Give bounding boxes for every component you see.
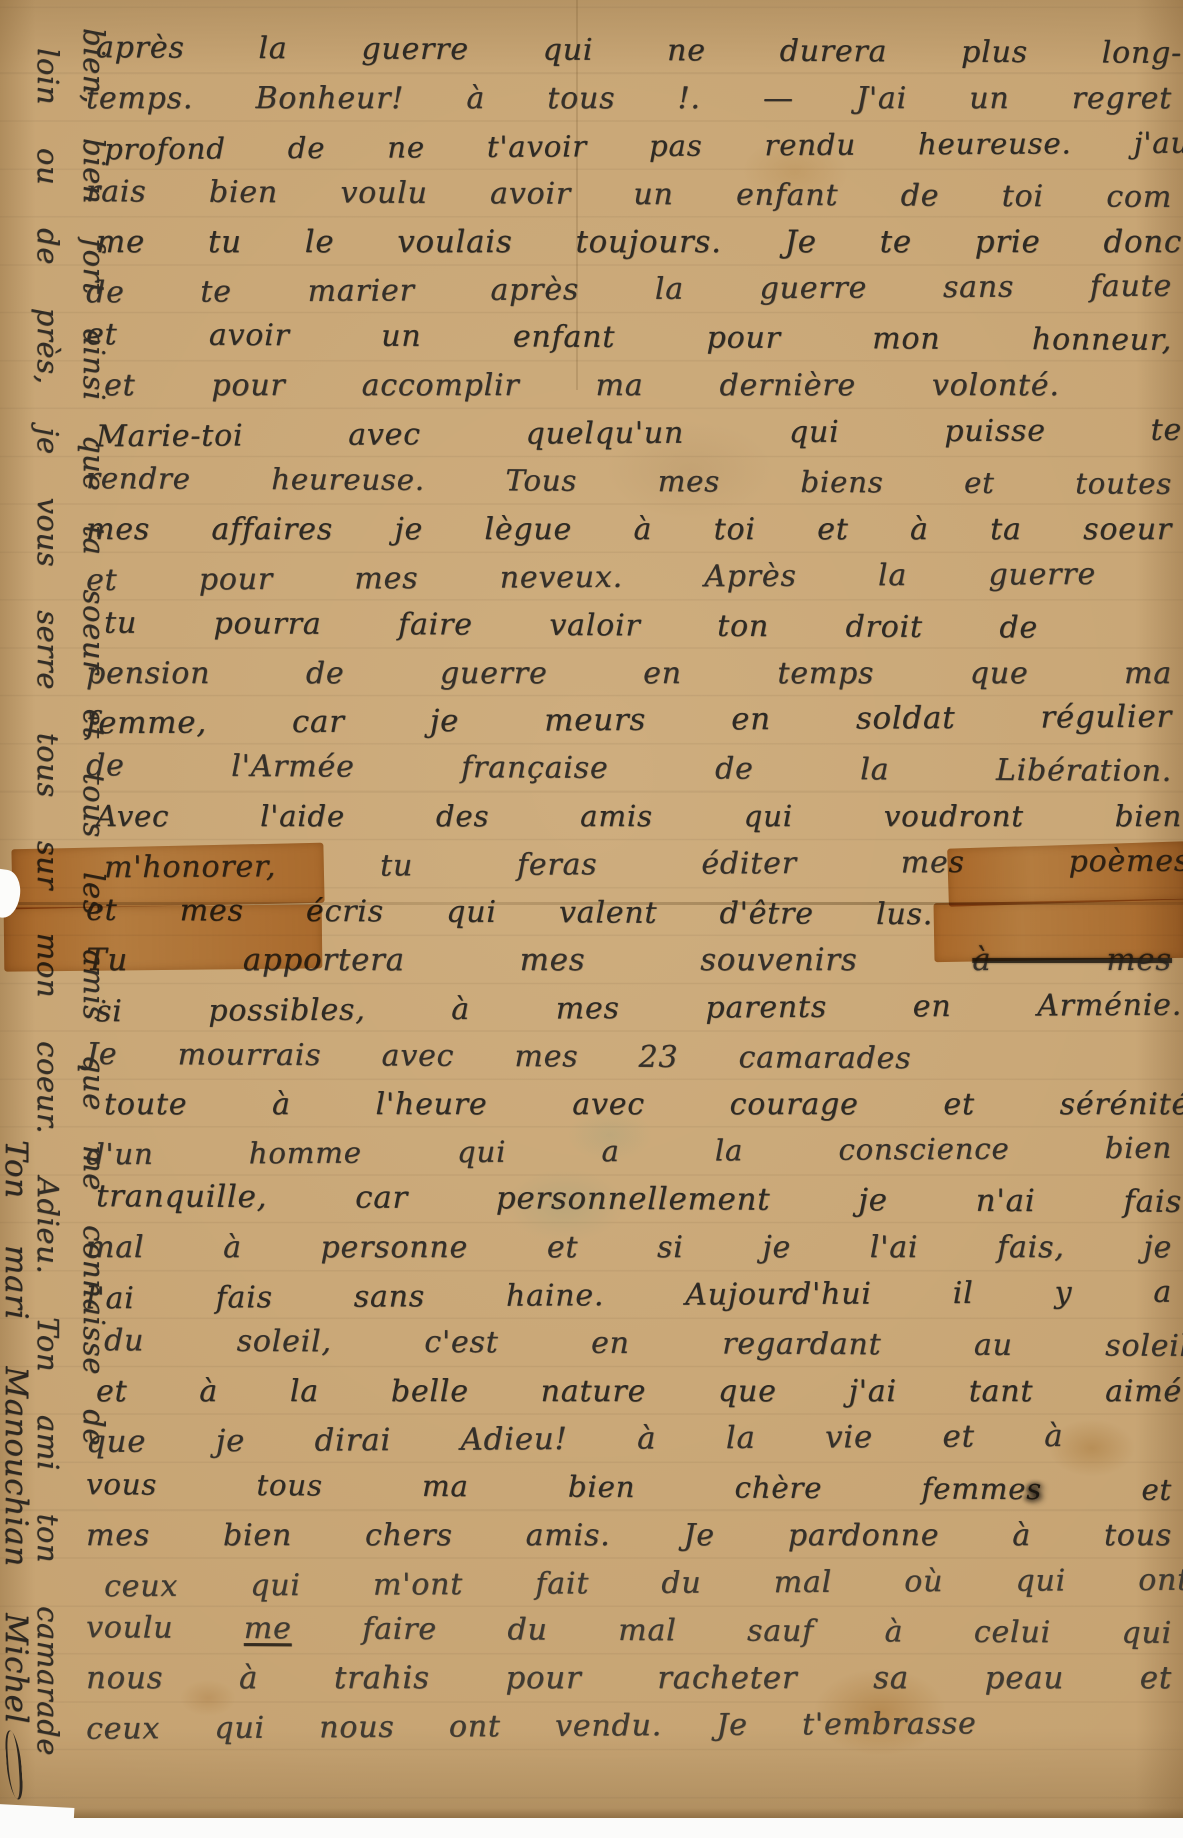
letter-line: tranquille, car personnellement je n'ai …	[86, 1174, 1182, 1228]
letter-line: femme, car je meurs en soldat régulier	[86, 694, 1172, 749]
letter-line: et pour mes neveux. Après la guerre	[86, 551, 1096, 605]
scanned-letter-page: après la guerre qui ne durera plus long-…	[0, 0, 1183, 1838]
tape-strip-right-upper	[947, 841, 1183, 906]
letter-line: que je dirai Adieu! à la vie et à	[86, 1413, 1064, 1467]
scanner-background-strip	[0, 1818, 1183, 1838]
margin-signature-line: Ton mari Manouchian Michel	[0, 1140, 34, 1796]
letter-line: ceux qui m'ont fait du mal où qui ont	[86, 1556, 1183, 1611]
letter-line: mes affaires je lègue à toi et à ta soeu…	[86, 506, 1172, 554]
letter-line: et à la belle nature que j'ai tant aimé	[86, 1368, 1182, 1416]
letter-line: l'ai fais sans haine. Aujourd'hui il y a	[86, 1269, 1172, 1324]
letter-line: et pour accomplir ma dernière volonté.	[86, 362, 1060, 410]
signature-text: Ton mari Manouchian Michel	[0, 1140, 34, 1724]
letter-line: de te marier après la guerre sans faute	[86, 263, 1172, 318]
letter-line: Je mourrais avec mes 23 camarades	[86, 1031, 912, 1083]
letter-line: vous tous ma bien chère femmes et	[86, 1461, 1172, 1515]
letter-line: me tu le voulais toujours. Je te prie do…	[86, 219, 1182, 267]
letter-line: d'un homme qui a la conscience bien	[86, 1125, 1172, 1180]
margin-text: bien, bien fort ainsi que ta soeur et to…	[77, 28, 111, 1446]
letter-line: profond de ne t'avoir pas rendu heureuse…	[86, 119, 1183, 174]
letter-line: Avec l'aide des amis qui voudront bien	[86, 793, 1182, 841]
tape-strip-left-lower	[4, 904, 323, 971]
letter-line: temps. Bonheur! à tous !. — J'ai un regr…	[86, 75, 1172, 123]
letter-line: Marie-toi avec quelqu'un qui puisse te	[86, 407, 1182, 462]
letter-line: rais bien voulu avoir un enfant de toi c…	[86, 168, 1172, 222]
letter-line: nous à trahis pour racheter sa peau et	[86, 1655, 1172, 1703]
letter-line: et avoir un enfant pour mon honneur,	[86, 312, 1172, 366]
letter-line: tu pourra faire valoir ton droit de	[86, 599, 1038, 652]
letter-line: mal à personne et si je l'ai fais, je	[86, 1224, 1172, 1272]
letter-line: rendre heureuse. Tous mes biens et toute…	[86, 455, 1172, 509]
letter-line: pension de guerre en temps que ma	[86, 650, 1172, 698]
signature-flourish	[4, 1723, 24, 1806]
tape-strip-right-lower	[934, 899, 1183, 962]
margin-text-line-1: bien, bien fort ainsi que ta soeur et to…	[76, 28, 112, 1446]
letter-line: après la guerre qui ne durera plus long-	[86, 24, 1182, 78]
letter-line: voulu me faire du mal sauf à celui qui	[86, 1605, 1172, 1659]
letter-line: du soleil, c'est en regardant au soleil	[86, 1317, 1183, 1371]
letter-line: mes bien chers amis. Je pardonne à tous	[86, 1512, 1172, 1560]
tape-strip-left-upper	[11, 843, 324, 910]
letter-line: toute à l'heure avec courage et sérénité	[86, 1081, 1183, 1129]
letter-line: de l'Armée française de la Libération.	[86, 743, 1172, 797]
letter-line: ceux qui nous ont vendu. Je t'embrasse	[86, 1700, 977, 1753]
letter-line: si possibles, à mes parents en Arménie.	[86, 981, 1182, 1036]
